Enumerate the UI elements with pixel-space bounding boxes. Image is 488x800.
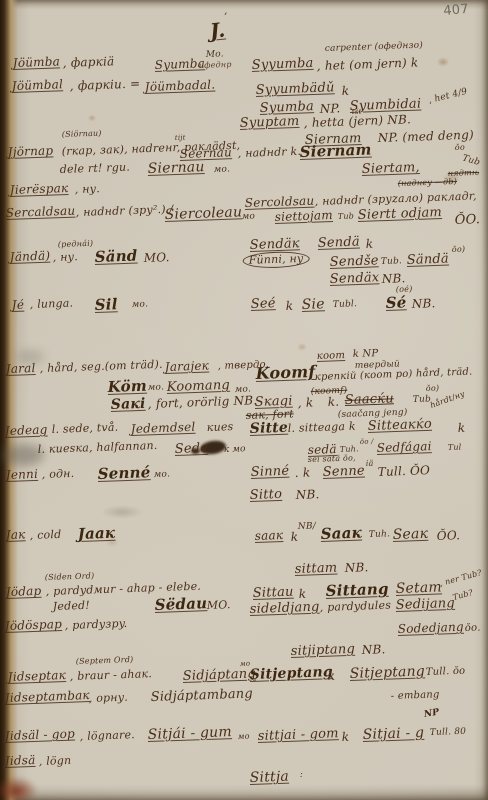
dialect-tag: . k	[295, 466, 311, 479]
annotation: ифеднр	[199, 61, 232, 70]
dialect-form: Syuptam	[240, 115, 300, 130]
annotation: Tull. ŏо	[426, 667, 466, 678]
mo-form: Sitjái - gum	[148, 725, 233, 742]
annotation: Tub	[338, 212, 354, 221]
annotation: ŎO.	[437, 529, 461, 542]
dialect-form: sideldjang	[250, 601, 320, 616]
annotation: мо	[242, 213, 256, 222]
annotation: ŎO.	[455, 213, 481, 227]
entry-gloss: , фаркiä	[63, 55, 115, 69]
entry-gloss: , орну.	[89, 692, 129, 704]
entry-headword: Jenni	[6, 468, 39, 481]
entry-headword: Jaк	[6, 528, 26, 541]
annotation: tšt	[352, 109, 362, 116]
dialect-tag: NB.	[296, 488, 320, 501]
dialect-tag: NP.	[320, 102, 341, 115]
annotation: tijt	[175, 135, 186, 142]
entry-gloss: , ну.	[75, 183, 100, 195]
annotation: мо.	[148, 383, 165, 393]
annotation: , ner Tub?	[439, 569, 483, 588]
annotation: (ое́)	[396, 285, 413, 294]
annotation: ŏо	[455, 144, 465, 152]
annotation: ŏо.	[465, 623, 481, 634]
entry-headword: Jödöspap	[5, 618, 63, 632]
entry-gloss: Jeded!	[53, 600, 91, 612]
dialect-tag: k	[342, 85, 350, 97]
dialect-form: saaк	[255, 529, 284, 542]
dialect-form: Sitto	[250, 488, 283, 502]
dialect-tag: k	[366, 238, 374, 250]
entry-headword: Jierëspaк	[10, 182, 69, 196]
dialect-form: Sitjeptang	[350, 664, 426, 681]
entry-gloss: крепкiй (кoom po) hård, träd.	[315, 368, 473, 383]
annotation: к мо	[224, 445, 246, 455]
entry-headword: Jidsäl - gop	[5, 728, 76, 742]
mo-form: Jedemdsel	[131, 421, 196, 435]
dialect-form: Syyumba	[252, 57, 314, 72]
annotation: carpenter (офеднзо)	[325, 42, 424, 54]
annotation: кoom	[317, 351, 346, 362]
dialect-form: sitjiptang	[291, 643, 356, 658]
dialect-form: Sitteaкќо	[368, 418, 433, 433]
annotation: - embang	[391, 690, 440, 702]
mo-form: Sidjáptang	[183, 667, 257, 683]
entry-headword: Jjörnap	[8, 144, 54, 158]
dialect-form: Siernam	[299, 143, 371, 160]
annotation: Tub	[461, 154, 481, 168]
dialect-form: Sittau	[253, 586, 294, 600]
dialect-tag: k	[299, 588, 307, 600]
dialect-form: Seaк	[393, 527, 429, 542]
dialect-form: sittam	[295, 562, 338, 576]
dialect-form: Siertt odjam	[358, 206, 443, 222]
entry-gloss: , ну.	[53, 251, 78, 263]
annotation: ŏо)	[426, 385, 440, 393]
entry-gloss: , fort, orörlig NB.	[148, 394, 258, 410]
entry-gloss: , соld	[30, 529, 62, 541]
entry-headword: Jidsä	[5, 754, 36, 767]
annotation: мо	[238, 733, 250, 741]
entry-headword: Jöümbadal.	[145, 79, 216, 93]
dialect-tag: NB.	[412, 297, 436, 310]
dialect-tag: k	[291, 531, 299, 543]
dialect-form: Sedijang	[396, 597, 456, 612]
dialect-form: Sodedjang	[398, 621, 464, 635]
entry-headword: Jöümba	[13, 55, 61, 69]
mo-form: Saкi	[111, 397, 146, 412]
mo-form: Sëdau	[154, 596, 207, 613]
mo-form: Köm	[107, 379, 147, 395]
entry-gloss: , фаркiu. =	[70, 78, 141, 92]
annotation: NP	[423, 708, 440, 720]
dialect-form: Sercoldsau	[245, 195, 315, 209]
annotation: Tub.	[381, 257, 403, 267]
annotation: Tull. ŎO	[378, 464, 431, 478]
annotation: ŏо)	[452, 246, 466, 254]
dialect-form: Sittang	[325, 582, 388, 599]
dialect-form: Sendše	[330, 254, 379, 269]
entry-gloss: , наdнdr (зруzало) pакладr,	[315, 190, 477, 207]
entry-headword: Jöümbal	[12, 78, 64, 92]
dialect-tag: k.	[328, 396, 340, 408]
annotation: MO.	[207, 599, 231, 611]
annotation: Tubl.	[333, 300, 358, 310]
annotation: Tub?	[452, 589, 474, 602]
mo-form: Sede	[175, 442, 209, 456]
mo-form: Sänd	[94, 249, 137, 265]
dialect-form: Sedfágai	[377, 440, 432, 454]
dialect-form: Sé	[385, 295, 406, 311]
entry-gloss: , наdнdr k.	[238, 146, 302, 159]
entry-gloss: , одн.	[42, 468, 75, 480]
entry-headword: Jidseptaк	[8, 669, 67, 683]
dialect-form: Sitte	[250, 421, 289, 436]
entry-headword: Sercaldsau	[6, 205, 76, 219]
annotation: :	[300, 771, 304, 780]
dialect-form: Saaк	[320, 526, 362, 542]
mo-form: Syumba	[155, 57, 206, 71]
annotation: MO.	[144, 251, 170, 264]
annotation: hårdt/ну	[429, 390, 466, 410]
annotation: Tull. 80	[430, 728, 467, 738]
entry-headword: Jé	[12, 299, 25, 311]
mo-form: Siernau	[148, 160, 205, 176]
entry-headword: Jändä)	[10, 250, 51, 263]
entry-gloss: , braur - ahaк.	[70, 668, 153, 682]
dialect-form: Sendäк	[250, 237, 300, 252]
dialect-form: Sendä	[318, 236, 360, 250]
annotation: (Siden Ord)	[45, 572, 95, 582]
dialect-tag: , k	[298, 396, 314, 409]
entry-gloss: l. sitteaga k	[288, 421, 356, 434]
circled-annotation: Fünni, ну	[242, 251, 309, 269]
entry-headword: Jarajeк	[165, 359, 210, 373]
dialect-tag: k	[286, 300, 294, 312]
entry-headword: Jedеag	[5, 424, 48, 437]
entry-gloss: , lögnare.	[80, 729, 135, 742]
page-number: 407	[443, 3, 469, 18]
dialect-tag: NB.	[382, 272, 406, 285]
annotation: Mo.	[206, 50, 224, 60]
mo-form: Koomang	[167, 379, 231, 394]
dialect-form: siettojam	[275, 209, 333, 223]
manuscript-page: 407 ʼ J. Jöümba , фаркiä Syumba Mo. ифед…	[0, 0, 488, 800]
dialect-form: Syyumbädǔ	[256, 81, 335, 97]
entry-gloss: , lunga.	[30, 297, 74, 310]
mo-form: Sil	[94, 297, 117, 313]
dialect-form: Sie	[302, 297, 325, 312]
dialect-form: Seé	[251, 297, 276, 311]
dialect-form: Sendäх	[330, 271, 380, 286]
entry-gloss: dele rt! rgu.	[60, 162, 130, 175]
annotation: Tul	[448, 444, 462, 452]
entry-gloss: l. кuesка, halfannan.	[38, 440, 158, 455]
mo-form: Senné	[97, 465, 150, 482]
dialect-form: Sitjai - g	[363, 726, 425, 742]
annotation: Tub	[413, 395, 431, 405]
dialect-form: sittjai - gom	[258, 727, 339, 743]
dialect-form: Setam	[396, 580, 443, 596]
dialect-form: Siertam,	[362, 161, 420, 176]
annotation: (редна́i)	[58, 240, 94, 249]
dialect-tag: k	[328, 670, 336, 682]
entry-gloss: , наdнdr (зру².) /	[76, 204, 174, 218]
annotation: k NP	[353, 349, 379, 360]
annotation: , het 4/9	[428, 88, 469, 106]
entry-gloss: , pardydules	[320, 600, 392, 613]
entry-headword: Jaral	[6, 362, 36, 375]
crossed-out-text: Saаcќи	[345, 392, 394, 407]
entry-gloss: l. sede, två.	[52, 422, 119, 435]
dialect-form: Sitjeptang	[250, 665, 334, 682]
annotation: iä	[366, 460, 374, 468]
dialect-form: Sittja	[250, 770, 290, 785]
annotation: Tuh.	[369, 530, 391, 540]
annotation: мо.	[214, 165, 231, 175]
annotation: ŏо /	[360, 439, 374, 446]
dialect-tag: k	[458, 422, 466, 434]
dialect-form: Koomf	[255, 364, 315, 382]
entry-gloss: , pardyзpy.	[65, 618, 128, 631]
annotation: NB/	[298, 522, 316, 532]
annotation: (Siörnau)	[62, 130, 102, 139]
entry-gloss: , lögn	[39, 755, 72, 767]
annotation: мо.	[154, 470, 171, 480]
mo-form: Siercoleau	[165, 205, 243, 222]
dialect-form: Syumba	[260, 100, 315, 115]
dialect-tag: NB.	[345, 561, 369, 574]
dialect-form: Sändä	[407, 253, 450, 267]
crossed-out-text: (наднеу —дb)	[398, 178, 457, 188]
entry-gloss: кues	[207, 421, 234, 433]
dialect-form: Seernau	[180, 146, 233, 160]
annotation: (Septem Ord)	[76, 656, 134, 666]
entry-headword: Jödap	[6, 585, 42, 598]
annotation: мо.	[132, 300, 149, 310]
entry-headword: Jidseptambaк	[5, 689, 90, 704]
red-ink-stain	[0, 776, 38, 800]
dialect-tag: NB.	[362, 643, 386, 656]
annotation: sei sätä ŏо,	[308, 454, 356, 464]
mo-form: Jaaк	[77, 526, 115, 542]
entry-gloss: , hård, seg.(om träd).	[40, 359, 163, 374]
dialect-form: Senne	[323, 465, 365, 479]
entry-gloss: , het (om jern) k	[317, 56, 419, 72]
section-letter: J.	[209, 20, 226, 41]
dialect-tag: k	[342, 731, 350, 743]
entry-gloss: NP. (med deng)	[378, 129, 474, 144]
mo-form: Sidjáptambang	[151, 687, 254, 704]
dialect-form: Sinné	[251, 465, 290, 479]
